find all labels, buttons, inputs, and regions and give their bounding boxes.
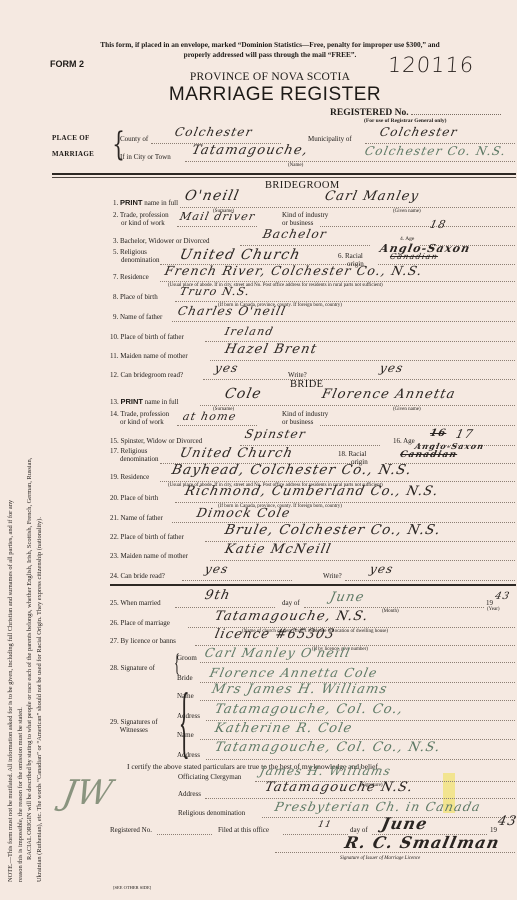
bride-birthplace-value[interactable]: Richmond, Cumberland Co., N.S. xyxy=(183,484,440,499)
side-note-line-1: NOTE.—This form must not be mutilated. A… xyxy=(6,222,16,882)
bride-trade-label: 14. Trade, profession or kind of work xyxy=(110,410,169,426)
witness2-name[interactable]: Katherine R. Cole xyxy=(213,721,354,736)
bride-write-value[interactable]: yes xyxy=(369,562,396,576)
groom-industry-label: Kind of industry or business xyxy=(282,211,328,227)
issuer-signature-note: Signature of Issuer of Marriage Licence xyxy=(340,856,420,861)
bride-age-label: 16. Age xyxy=(393,437,415,445)
witnesses-label: 29. Signatures of Witnesses xyxy=(110,718,158,734)
witness2-address-line xyxy=(206,759,515,760)
groom-given-note: (Given name) xyxy=(393,209,421,214)
bride-read-line xyxy=(182,580,292,581)
groom-age-value[interactable]: 18 xyxy=(429,218,448,231)
witness1-address-label: Address xyxy=(177,712,200,720)
bride-mother-label: 23. Maiden name of mother xyxy=(110,552,188,560)
place-of-marriage-label: 26. Place of marriage xyxy=(110,619,170,627)
section-divider xyxy=(52,173,516,175)
side-note-line-4: Ukrainian (Ruthenian), etc. The words “C… xyxy=(35,222,45,882)
clergyman-address-label: Address xyxy=(178,790,201,798)
side-note: NOTE.—This form must not be mutilated. A… xyxy=(6,222,90,882)
bride-given-value[interactable]: Florence Annetta xyxy=(320,387,457,402)
side-note-line-2: reason this is impossible, the reason fo… xyxy=(16,222,26,882)
bride-father-label: 21. Name of father xyxy=(110,514,163,522)
signature-of-label: 28. Signature of xyxy=(110,664,155,672)
groom-status-line xyxy=(240,245,370,246)
groom-write-value[interactable]: yes xyxy=(379,361,406,375)
county-label: County of xyxy=(120,135,148,143)
province-heading: PROVINCE OF NOVA SCOTIA xyxy=(160,71,380,83)
groom-industry-line xyxy=(320,226,515,227)
when-married-month-line xyxy=(304,607,484,608)
side-note-line-3: RACIAL ORIGIN will be described by stati… xyxy=(25,222,35,882)
registered-number-field: REGISTERED No. xyxy=(330,108,501,118)
groom-name-label: 1. PRINT name in full xyxy=(113,198,178,207)
filing-registered-label: Registered No. xyxy=(110,826,152,834)
bride-read-value[interactable]: yes xyxy=(204,562,231,576)
county-value[interactable]: Colchester xyxy=(174,125,255,139)
groom-read-value[interactable]: yes xyxy=(214,361,241,375)
bride-birthplace-line xyxy=(175,502,515,503)
when-married-day-value[interactable]: 9th xyxy=(203,588,232,603)
bride-heading: BRIDE xyxy=(290,379,324,390)
when-married-year-note: (Year) xyxy=(487,607,500,612)
bride-birthplace-label: 20. Place of birth xyxy=(110,494,158,502)
groom-write-label: Write? xyxy=(288,371,307,379)
registered-number-note: (For use of Registrar General only) xyxy=(364,118,446,124)
groom-birthplace-value[interactable]: Truro N.S. xyxy=(179,285,252,298)
groom-residence-label: 7. Residence xyxy=(113,273,149,281)
groom-father-birthplace-label: 10. Place of birth of father xyxy=(110,333,184,341)
filed-label: Filed at this office xyxy=(218,826,269,834)
bride-trade-value[interactable]: at home xyxy=(182,410,238,423)
bride-read-label: 24. Can bride read? xyxy=(110,572,165,580)
groom-write-line xyxy=(310,379,515,380)
bride-mother-line xyxy=(210,560,515,561)
city-value-extra[interactable]: Colchester Co. N.S. xyxy=(364,144,508,158)
bride-age-struck: 16 xyxy=(429,428,448,439)
filed-year-value[interactable]: 43 xyxy=(496,814,517,829)
bride-write-label: Write? xyxy=(323,572,342,580)
section-divider-marriage xyxy=(110,584,516,586)
bride-religion-label: 17. Religious denomination xyxy=(110,447,159,463)
when-married-year-prefix: 19 xyxy=(486,599,493,607)
bride-industry-line xyxy=(320,425,515,426)
witness2-address-label: Address xyxy=(177,751,200,759)
groom-birthplace-line xyxy=(175,301,515,302)
groom-mother-line xyxy=(210,360,515,361)
bride-mother-value[interactable]: Katie McNeill xyxy=(223,542,333,557)
bride-name-line xyxy=(200,405,515,406)
city-label: If in City or Town xyxy=(120,153,171,161)
place-of-label: PLACE OF xyxy=(52,134,90,142)
witness1-name-line xyxy=(200,700,515,701)
when-married-label: 25. When married xyxy=(110,599,161,607)
city-line xyxy=(185,161,515,162)
groom-signature-label: Groom xyxy=(177,654,197,662)
groom-religion-label: 5. Religious denomination xyxy=(113,248,160,264)
form-number: FORM 2 xyxy=(50,59,84,69)
bride-age-value[interactable]: 17 xyxy=(455,427,476,441)
denomination-label: Religious denomination xyxy=(178,809,245,817)
bride-signature[interactable]: Florence Annetta Cole xyxy=(208,665,379,680)
bride-status-label: 15. Spinster, Widow or Divorced xyxy=(110,437,202,445)
registered-number-label: REGISTERED No. xyxy=(330,108,409,118)
bride-industry-label: Kind of industry or business xyxy=(282,410,328,426)
groom-religion-value[interactable]: United Church xyxy=(178,247,302,263)
when-married-month-note: (Month) xyxy=(382,609,399,614)
groom-signature[interactable]: Carl Manley O'neill xyxy=(203,645,352,660)
page-title: MARRIAGE REGISTER xyxy=(130,84,420,106)
groom-father-line xyxy=(172,321,515,322)
witness2-name-label: Name xyxy=(177,731,194,739)
groom-residence-value[interactable]: French River, Colchester Co., N.S. xyxy=(163,263,424,278)
licence-banns-label: 27. By licence or banns xyxy=(110,637,176,645)
see-other-side: [SEE OTHER SIDE] xyxy=(113,885,151,890)
witness1-address[interactable]: Tatamagouche, Col. Co., xyxy=(213,702,404,717)
issuer-signature[interactable]: R. C. Smallman xyxy=(343,833,502,852)
witness2-address[interactable]: Tatamagouche, Col. Co., N.S. xyxy=(213,740,442,755)
clergyman-signature[interactable]: James H. Williams xyxy=(259,764,393,778)
groom-mother-label: 11. Maiden name of mother xyxy=(110,352,188,360)
place-of-marriage-value[interactable]: Tatamagouche, N.S. xyxy=(213,609,370,624)
when-married-year-value[interactable]: 43 xyxy=(494,591,511,602)
section-divider-thin xyxy=(52,177,516,178)
bride-racial-origin-struck: Canadian xyxy=(399,450,458,460)
mail-notice-line-1: This form, if placed in an envelope, mar… xyxy=(60,40,480,50)
bride-surname-value[interactable]: Cole xyxy=(223,386,263,402)
bride-given-note: (Given name) xyxy=(393,407,421,412)
bride-trade-line xyxy=(177,425,257,426)
licence-banns-value[interactable]: licence #65303 xyxy=(213,627,336,642)
groom-status-label: 3. Bachelor, Widower or Divorced xyxy=(113,237,210,245)
filed-day-line xyxy=(283,834,348,835)
registered-number-blank xyxy=(411,114,501,115)
bride-religion-value[interactable]: United Church xyxy=(178,446,294,461)
groom-father-label: 9. Name of father xyxy=(113,313,162,321)
filed-month-value[interactable]: June xyxy=(380,814,430,833)
municipality-label: Municipality of xyxy=(308,135,352,143)
bride-name-label: 13. PRINT name in full xyxy=(110,397,179,406)
bride-status-value[interactable]: Spinster xyxy=(244,427,308,441)
groom-given-value[interactable]: Carl Manley xyxy=(323,189,420,204)
groom-racial-origin-struck: Canadian xyxy=(389,252,439,261)
witness1-name-label: Name xyxy=(177,692,194,700)
city-name-note: (Name) xyxy=(288,163,303,168)
witness1-name[interactable]: Mrs James H. Williams xyxy=(210,682,389,697)
when-married-day-line xyxy=(175,607,275,608)
groom-father-value[interactable]: Charles O'neill xyxy=(177,304,288,318)
groom-trade-line xyxy=(177,226,257,227)
bride-father-birthplace-value[interactable]: Brule, Colchester Co., N.S. xyxy=(223,522,442,538)
municipality-value[interactable]: Colchester xyxy=(379,125,460,139)
clergyman-address-value[interactable]: Tatamagouche N.S. xyxy=(263,780,414,795)
bride-residence-line xyxy=(160,481,515,482)
groom-mother-value[interactable]: Hazel Brent xyxy=(223,342,318,357)
when-married-day-of-label: day of xyxy=(282,599,300,607)
when-married-month-value[interactable]: June xyxy=(328,590,366,605)
groom-read-label: 12. Can bridegroom read? xyxy=(110,371,183,379)
groom-trade-value[interactable]: Mail driver xyxy=(179,210,257,223)
groom-trade-label: 2. Trade, profession or kind of work xyxy=(113,211,169,227)
bride-write-line xyxy=(345,580,515,581)
marriage-label: MARRIAGE xyxy=(52,150,94,158)
city-value[interactable]: Tatamagouche, xyxy=(190,143,309,158)
groom-birthplace-label: 8. Place of birth xyxy=(113,293,158,301)
bride-residence-label: 19. Residence xyxy=(110,473,149,481)
groom-surname-value[interactable]: O'neill xyxy=(183,188,241,204)
groom-residence-line xyxy=(160,281,515,282)
groom-father-birthplace-value[interactable]: Ireland xyxy=(224,325,275,338)
clergyman-label: Officiating Clergyman xyxy=(178,773,241,781)
handwritten-register-number: 120116 xyxy=(387,53,475,77)
issuer-signature-line xyxy=(275,852,515,853)
denomination-value[interactable]: Presbyterian Ch. in Canada xyxy=(273,799,482,814)
filing-registered-line xyxy=(157,834,212,835)
groom-signature-line xyxy=(200,662,515,663)
groom-status-value[interactable]: Bachelor xyxy=(262,227,329,241)
bride-father-value[interactable]: Dimock Cole xyxy=(195,505,292,520)
groom-name-line xyxy=(180,207,515,208)
bride-residence-value[interactable]: Bayhead, Colchester Co., N.S. xyxy=(170,462,413,478)
bride-father-birthplace-label: 22. Place of birth of father xyxy=(110,533,184,541)
filed-day-value[interactable]: 11 xyxy=(317,820,333,830)
